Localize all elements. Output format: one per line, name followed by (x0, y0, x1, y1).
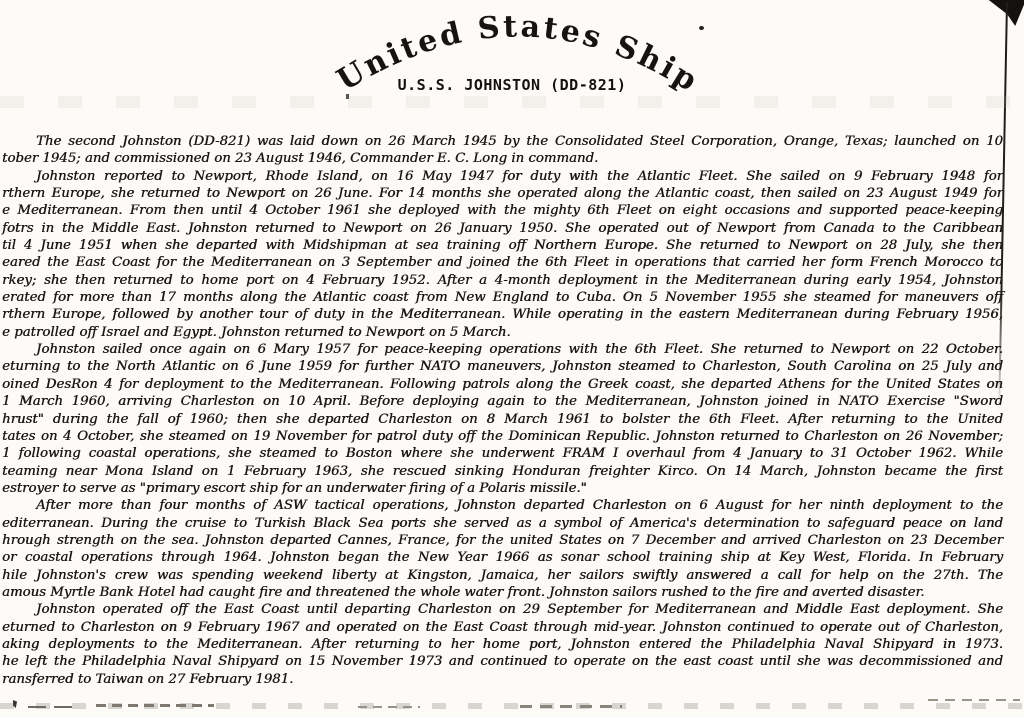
document-line: hile Johnston's crew was spending weeken… (2, 567, 1003, 584)
document-line: aking deployments to the Mediterranean. … (2, 636, 1003, 653)
document-line: rkey; she then returned to home port on … (2, 272, 1003, 289)
ink-dot-artifact (699, 26, 704, 30)
document-line: The second Johnston (DD-821) was laid do… (2, 133, 1003, 150)
paragraph: Johnston operated off the East Coast unt… (2, 601, 1003, 688)
document-line: eturning to the North Atlantic on 6 June… (2, 358, 1003, 375)
document-line: he left the Philadelphia Naval Shipyard … (2, 653, 1003, 670)
document-line: hrust" during the fall of 1960; then she… (2, 411, 1003, 428)
bottom-dash-artifact (96, 704, 214, 707)
document-line: estroyer to serve as "primary escort shi… (2, 480, 1003, 497)
document-line: hrough strength on the sea. Johnston dep… (2, 532, 1003, 549)
document-line: til 4 June 1951 when she departed with M… (2, 237, 1003, 254)
document-line: eared the East Coast for the Mediterrane… (2, 254, 1003, 271)
ship-title: U.S.S. JOHNSTON (DD-821) (262, 76, 762, 94)
document-line: e patrolled off Israel and Egypt. Johnst… (2, 324, 1003, 341)
bottom-dash-artifact (520, 705, 622, 708)
document-line: ransferred to Taiwan on 27 February 1981… (2, 671, 1003, 688)
paragraph: After more than four months of ASW tacti… (2, 497, 1003, 601)
scanned-document-page: United States Ship U.S.S. JOHNSTON (DD-8… (0, 0, 1024, 717)
document-line: oined DesRon 4 for deployment to the Med… (2, 376, 1003, 393)
document-line: editerranean. During the cruise to Turki… (2, 515, 1003, 532)
document-line: rthern Europe, followed by another tour … (2, 306, 1003, 323)
document-line: rthern Europe, she returned to Newport o… (2, 185, 1003, 202)
document-line: 1 following coastal operations, she stea… (2, 445, 1003, 462)
document-line: Johnston sailed once again on 6 Mary 195… (2, 341, 1003, 358)
bottom-dash-artifact (358, 706, 420, 708)
paragraph: Johnston reported to Newport, Rhode Isla… (2, 168, 1003, 341)
ink-speck-artifact (346, 94, 349, 99)
document-line: amous Myrtle Bank Hotel had caught fire … (2, 584, 1003, 601)
document-line: eturned to Charleston on 9 February 1967… (2, 619, 1003, 636)
paragraph: Johnston sailed once again on 6 Mary 195… (2, 341, 1003, 497)
document-line: tates on 4 October, she steamed on 19 No… (2, 428, 1003, 445)
document-line: 1 March 1960, arriving Charleston on 10 … (2, 393, 1003, 410)
document-line: Johnston reported to Newport, Rhode Isla… (2, 168, 1003, 185)
bottom-dash-artifact (28, 706, 80, 708)
document-line: erated for more than 17 months along the… (2, 289, 1003, 306)
document-line: fotrs in the Middle East. Johnston retur… (2, 220, 1003, 237)
scan-smudge-band (0, 96, 1024, 108)
document-line: tober 1945; and commissioned on 23 Augus… (2, 150, 1003, 167)
document-line: teaming near Mona Island on 1 February 1… (2, 463, 1003, 480)
document-line: or coastal operations through 1964. John… (2, 549, 1003, 566)
document-line: After more than four months of ASW tacti… (2, 497, 1003, 514)
document-line: e Mediterranean. From then until 4 Octob… (2, 202, 1003, 219)
bottom-dash-artifact (928, 699, 1020, 701)
document-line: Johnston operated off the East Coast unt… (2, 601, 1003, 618)
page-corner-fold-artifact (984, 0, 1024, 26)
paragraph: The second Johnston (DD-821) was laid do… (2, 133, 1003, 168)
document-body: The second Johnston (DD-821) was laid do… (2, 133, 1003, 688)
